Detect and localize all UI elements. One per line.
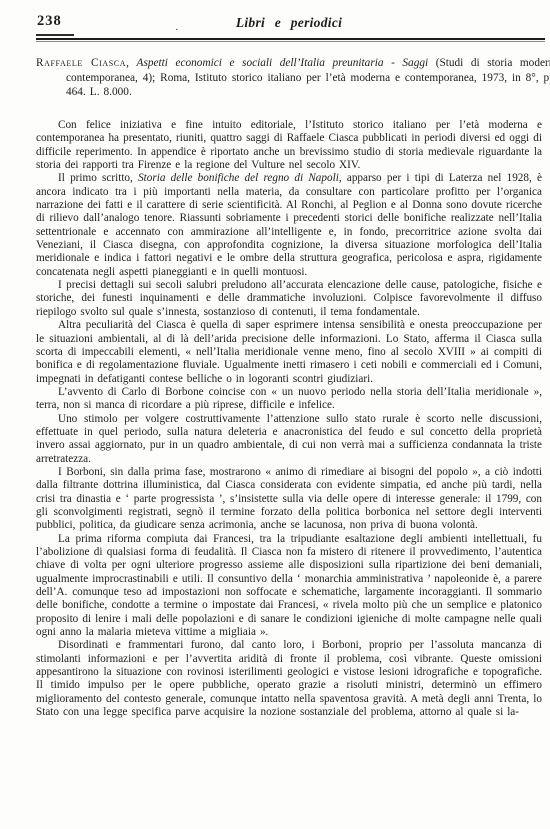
- smallcaps-text: Raffaele Ciasca: [36, 57, 126, 69]
- header-rule-thin: [36, 41, 545, 42]
- text-run: L’avvento di Carlo di Borbone coincise c…: [36, 386, 542, 411]
- paragraph: I Borboni, sin dalla prima fase, mostrar…: [36, 466, 542, 533]
- text-run: Con felice iniziativa e fine intuito edi…: [36, 119, 542, 171]
- paragraph: Il primo scritto, Storia delle bonifiche…: [36, 172, 542, 279]
- paragraph: Altra peculiarità del Ciasca è quella di…: [36, 319, 542, 386]
- text-run: La prima riforma compiuta dai Francesi, …: [36, 533, 542, 638]
- paragraph: Uno stimolo per volgere costruttivamente…: [36, 413, 542, 466]
- text-run: , apparso per i tipi di Laterza nel 1928…: [36, 172, 542, 277]
- bibliographic-entry: Raffaele Ciasca, Aspetti economici e soc…: [36, 56, 550, 100]
- paragraph: I precisi dettagli sui secoli salubri pr…: [36, 279, 542, 319]
- ink-speck: ·: [175, 24, 179, 36]
- text-run: Il primo scritto,: [58, 172, 138, 184]
- header-rule-thick: [36, 38, 545, 40]
- paragraph: La prima riforma compiuta dai Francesi, …: [36, 533, 542, 640]
- paragraph: L’avvento di Carlo di Borbone coincise c…: [36, 386, 542, 413]
- book-page: 238 Libri e periodici · Raffaele Ciasca,…: [0, 0, 550, 829]
- italic-text: Aspetti economici e sociali dell’Italia …: [137, 57, 429, 69]
- header-rule: [36, 38, 545, 42]
- italic-text: Storia delle bonifiche del regno di Napo…: [138, 172, 339, 184]
- text-run: Uno stimolo per volgere costruttivamente…: [36, 413, 542, 465]
- paragraph: Con felice iniziativa e fine intuito edi…: [36, 119, 542, 172]
- text-run: ,: [126, 57, 136, 69]
- review-body: Con felice iniziativa e fine intuito edi…: [36, 119, 542, 719]
- text-run: I Borboni, sin dalla prima fase, mostrar…: [36, 466, 542, 531]
- page-number-underline: [36, 34, 74, 36]
- running-head: Libri e periodici: [36, 15, 542, 31]
- text-run: Altra peculiarità del Ciasca è quella di…: [36, 319, 542, 384]
- text-run: I precisi dettagli sui secoli salubri pr…: [36, 279, 542, 318]
- paragraph: Disordinati e frammentari furono, dal ca…: [36, 639, 542, 719]
- text-run: Disordinati e frammentari furono, dal ca…: [36, 639, 542, 718]
